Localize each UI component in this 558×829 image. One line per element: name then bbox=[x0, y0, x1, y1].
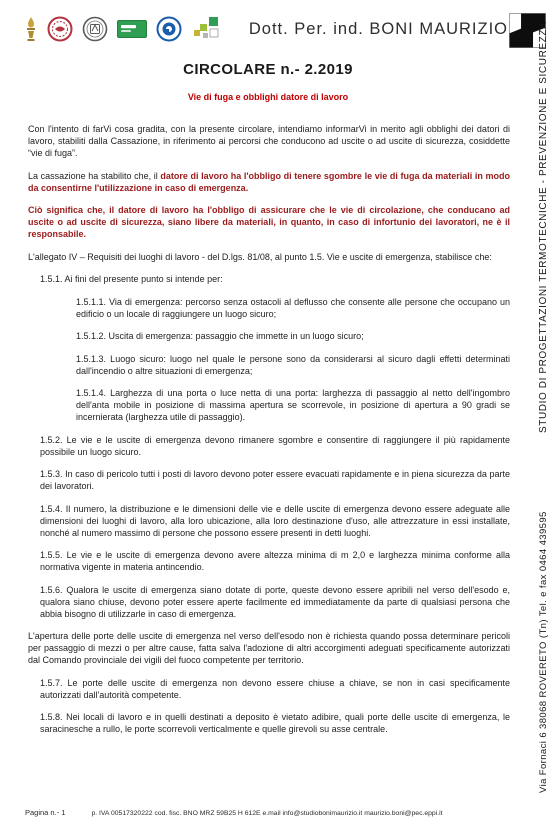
circular-subtitle: Vie di fuga e obblighi datore di lavoro bbox=[28, 92, 508, 102]
paragraph: 1.5.1. Ai fini del presente punto si int… bbox=[40, 273, 510, 285]
paragraph: L'allegato IV – Requisiti dei luoghi di … bbox=[28, 251, 510, 263]
paragraph: 1.5.8. Nei locali di lavoro e in quelli … bbox=[40, 711, 510, 735]
paragraph: La cassazione ha stabilito che, il dator… bbox=[28, 170, 510, 194]
sidebar-studio-text: STUDIO DI PROGETTAZIONI TERMOTECNICHE - … bbox=[538, 55, 549, 433]
paragraph: 1.5.1.4. Larghezza di una porta o luce n… bbox=[76, 387, 510, 423]
red-seal-icon bbox=[47, 16, 73, 42]
green-badge-icon bbox=[117, 20, 147, 38]
page-footer: Pagina n.- 1 p. IVA 00517320222 cod. fis… bbox=[25, 808, 465, 817]
letterhead: Dott. Per. ind. BONI MAURIZIO bbox=[24, 11, 508, 47]
page-number: Pagina n.- 1 bbox=[25, 808, 65, 817]
paragraph: 1.5.4. Il numero, la distribuzione e le … bbox=[40, 503, 510, 539]
torch-icon bbox=[24, 16, 38, 42]
sidebar-address-text: Via Fornaci 6 38068 ROVERETO (Tn) Tel. e… bbox=[538, 478, 549, 793]
document-page: Dott. Per. ind. BONI MAURIZIO CIRCOLARE … bbox=[0, 0, 558, 829]
certification-logos bbox=[24, 15, 221, 43]
paragraph: 1.5.5. Le vie e le uscite di emergenza d… bbox=[40, 549, 510, 573]
paragraph: 1.5.1.2. Uscita di emergenza: passaggio … bbox=[76, 330, 510, 342]
practitioner-name: Dott. Per. ind. BONI MAURIZIO bbox=[249, 20, 508, 39]
paragraph: Con l'intento di farVi cosa gradita, con… bbox=[28, 123, 510, 159]
paragraph: 1.5.6. Qualora le uscite di emergenza si… bbox=[40, 584, 510, 620]
circular-title: CIRCOLARE n.- 2.2019 bbox=[28, 61, 508, 78]
paragraph: 1.5.1.1. Via di emergenza: percorso senz… bbox=[76, 296, 510, 320]
gray-seal-icon bbox=[82, 16, 108, 42]
document-body: Con l'intento di farVi cosa gradita, con… bbox=[28, 123, 510, 746]
squares-icon bbox=[191, 15, 221, 43]
paragraph: 1.5.1.3. Luogo sicuro: luogo nel quale l… bbox=[76, 353, 510, 377]
blue-seal-icon bbox=[156, 16, 182, 42]
paragraph: Ciò significa che, il datore di lavoro h… bbox=[28, 204, 510, 240]
paragraph: 1.5.3. In caso di pericolo tutti i posti… bbox=[40, 468, 510, 492]
paragraph: 1.5.2. Le vie e le uscite di emergenza d… bbox=[40, 434, 510, 458]
paragraph: L'apertura delle porte delle uscite di e… bbox=[28, 630, 510, 666]
paragraph: 1.5.7. Le porte delle uscite di emergenz… bbox=[40, 677, 510, 701]
fiscal-contact-info: p. IVA 00517320222 cod. fisc. BNO MRZ 59… bbox=[91, 810, 442, 817]
